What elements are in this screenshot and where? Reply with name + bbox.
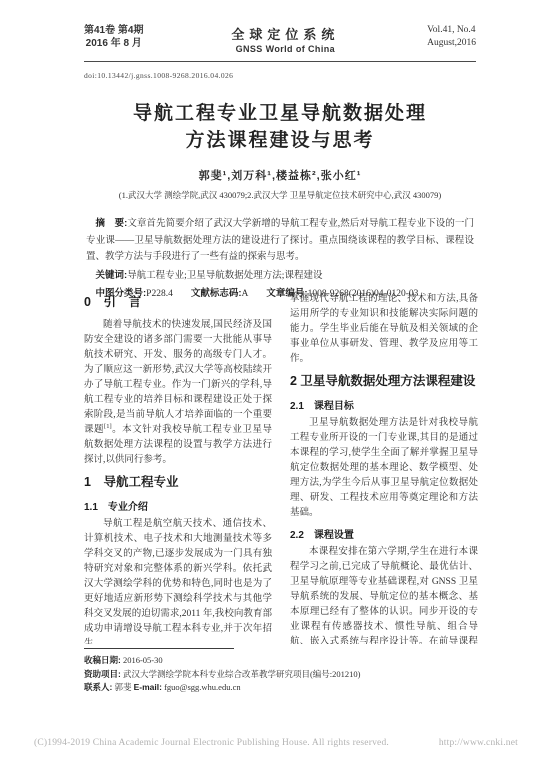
issue-date-cn: 2016 年 8 月 (84, 37, 143, 50)
abstract-label: 摘 要: (96, 218, 128, 229)
footnote-block: 收稿日期: 2016-05-30 资助项目: 武汉大学测绘学院本科专业综合改革教… (84, 648, 484, 695)
section-0-heading: 0 引 言 (84, 292, 272, 310)
footnote-divider (84, 648, 234, 649)
intro-text-pre: 随着导航技术的快速发展,国民经济及国防安全建设的诸多部门需要一大批能从事导航技术… (84, 320, 272, 435)
section-1-heading: 1 导航工程专业 (84, 472, 272, 490)
received-date-value: 2016-05-30 (123, 655, 163, 665)
funding-text: 武汉大学测绘学院本科专业综合改革教学研究项目(编号:201210) (123, 669, 361, 679)
funding-label: 资助项目: (84, 669, 121, 679)
keywords-text: 导航工程专业;卫星导航数据处理方法;课程建设 (127, 271, 322, 281)
training-goal-paragraph-cont: 掌握现代导航工程的理论、技术和方法,具备运用所学的专业知识和技能解决实际问题的能… (290, 292, 478, 367)
contact-email: fguo@sgg.whu.edu.cn (164, 682, 241, 692)
section-2-1-heading: 2.1 课程目标 (290, 397, 478, 412)
cnki-url: http://www.cnki.net (439, 738, 518, 748)
abstract-block: 摘 要:文章首先简要介绍了武汉大学新增的导航工程专业,然后对导航工程专业下设的一… (84, 216, 476, 302)
issue-date-en: August,2016 (427, 37, 476, 50)
journal-name: 全球定位系统 GNSS World of China (231, 24, 339, 54)
course-setup-paragraph: 本课程安排在第六学期,学生在进行本课程学习之前,已完成了导航概论、最优估计、卫星… (290, 545, 478, 644)
received-date-label: 收稿日期: (84, 655, 121, 665)
right-column: 掌握现代导航工程的理论、技术和方法,具备运用所学的专业知识和技能解决实际问题的能… (290, 292, 478, 644)
journal-name-en: GNSS World of China (231, 44, 339, 54)
email-label: E-mail: (134, 682, 162, 692)
page-top-block: 第41卷 第4期 2016 年 8 月 全球定位系统 GNSS World of… (84, 24, 476, 302)
doi-line: doi:10.13442/j.gnss.1008-9268.2016.04.02… (84, 71, 476, 80)
cnki-copyright-bar: (C)1994-2019 China Academic Journal Elec… (34, 738, 518, 748)
journal-volume-issue: 第41卷 第4期 2016 年 8 月 (84, 24, 143, 50)
authors-line: 郭斐¹,刘万科¹,楼益栋²,张小红¹ (84, 167, 476, 183)
volume-issue-cn: 第41卷 第4期 (84, 24, 143, 37)
journal-name-cn: 全球定位系统 (231, 24, 339, 43)
journal-volume-en: Vol.41, No.4 August,2016 (427, 24, 476, 50)
intro-paragraph: 随着导航技术的快速发展,国民经济及国防安全建设的诸多部门需要一大批能从事导航技术… (84, 318, 272, 468)
abstract-text: 文章首先简要介绍了武汉大学新增的导航工程专业,然后对导航工程专业下设的一门专业课… (86, 219, 474, 262)
article-title-line1: 导航工程专业卫星导航数据处理 (84, 100, 476, 127)
abstract-paragraph: 摘 要:文章首先简要介绍了武汉大学新增的导航工程专业,然后对导航工程专业下设的一… (86, 216, 474, 266)
copyright-text: (C)1994-2019 China Academic Journal Elec… (34, 738, 389, 748)
body-columns: 0 引 言 随着导航技术的快速发展,国民经济及国防安全建设的诸多部门需要一大批能… (84, 292, 478, 644)
keywords-line: 关键词:导航工程专业;卫星导航数据处理方法;课程建设 (86, 268, 474, 284)
received-date-line: 收稿日期: 2016-05-30 (84, 654, 484, 668)
paper-page: 第41卷 第4期 2016 年 8 月 全球定位系统 GNSS World of… (0, 0, 552, 772)
affiliation-line: (1.武汉大学 测绘学院,武汉 430079;2.武汉大学 卫星导航定位技术研究… (84, 189, 476, 201)
contact-label: 联系人: (84, 682, 112, 692)
section-2-heading: 2 卫星导航数据处理方法课程建设 (290, 371, 478, 389)
contact-name: 郭斐 (114, 682, 131, 692)
section-1-1-heading: 1.1 专业介绍 (84, 498, 272, 513)
article-title: 导航工程专业卫星导航数据处理 方法课程建设与思考 (84, 100, 476, 154)
intro-text-post: 。本文针对我校导航工程专业卫星导航数据处理方法课程的设置与教学方法进行探讨,以供… (84, 425, 272, 465)
volume-issue-en: Vol.41, No.4 (427, 24, 476, 37)
course-goal-paragraph: 卫星导航数据处理方法是针对我校导航工程专业所开设的一门专业课,其目的是通过本课程… (290, 416, 478, 521)
left-column: 0 引 言 随着导航技术的快速发展,国民经济及国防安全建设的诸多部门需要一大批能… (84, 292, 272, 644)
citation-ref-1: [1] (104, 423, 112, 430)
funding-line: 资助项目: 武汉大学测绘学院本科专业综合改革教学研究项目(编号:201210) (84, 668, 484, 682)
section-2-2-heading: 2.2 课程设置 (290, 526, 478, 541)
journal-header: 第41卷 第4期 2016 年 8 月 全球定位系统 GNSS World of… (84, 24, 476, 62)
major-intro-paragraph: 导航工程是航空航天技术、通信技术、计算机技术、电子技术和大地测量技术等多学科交叉… (84, 517, 272, 644)
keywords-label: 关键词: (96, 270, 128, 281)
article-title-line2: 方法课程建设与思考 (84, 127, 476, 154)
contact-line: 联系人: 郭斐 E-mail: fguo@sgg.whu.edu.cn (84, 681, 484, 695)
